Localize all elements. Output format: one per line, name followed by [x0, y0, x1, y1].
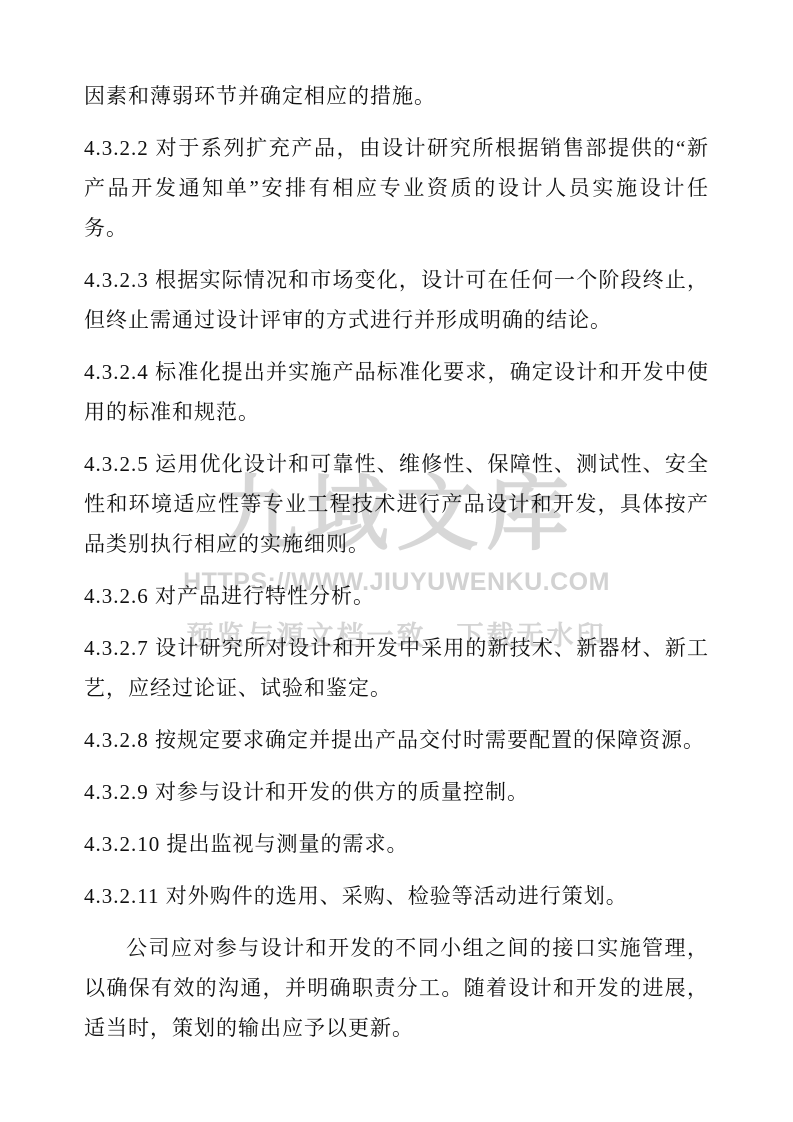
- paragraph-closing: 公司应对参与设计和开发的不同小组之间的接口实施管理，以确保有效的沟通，并明确职责…: [84, 928, 709, 1048]
- paragraph-4-3-2-7: 4.3.2.7 设计研究所对设计和开发中采用的新技术、新器材、新工艺，应经过论证…: [84, 628, 709, 708]
- paragraph-4-3-2-10: 4.3.2.10 提出监视与测量的需求。: [84, 824, 709, 864]
- paragraph-4-3-2-3: 4.3.2.3 根据实际情况和市场变化，设计可在任何一个阶段终止，但终止需通过设…: [84, 260, 709, 340]
- paragraph-4-3-2-4: 4.3.2.4 标准化提出并实施产品标准化要求，确定设计和开发中使用的标准和规范…: [84, 352, 709, 432]
- paragraph-4-3-2-8: 4.3.2.8 按规定要求确定并提出产品交付时需要配置的保障资源。: [84, 720, 709, 760]
- paragraph-4-3-2-9: 4.3.2.9 对参与设计和开发的供方的质量控制。: [84, 772, 709, 812]
- document-body: 因素和薄弱环节并确定相应的措施。 4.3.2.2 对于系列扩充产品，由设计研究所…: [84, 0, 709, 1060]
- paragraph-4-3-2-2: 4.3.2.2 对于系列扩充产品，由设计研究所根据销售部提供的“新产品开发通知单…: [84, 128, 709, 248]
- paragraph-continuation: 因素和薄弱环节并确定相应的措施。: [84, 76, 709, 116]
- paragraph-4-3-2-5: 4.3.2.5 运用优化设计和可靠性、维修性、保障性、测试性、安全性和环境适应性…: [84, 444, 709, 564]
- document-page: 九域文库 HTTPS://WWW.JIUYUWENKU.COM 预览与源文档一致…: [0, 0, 793, 1122]
- paragraph-4-3-2-11: 4.3.2.11 对外购件的选用、采购、检验等活动进行策划。: [84, 876, 709, 916]
- paragraph-4-3-2-6: 4.3.2.6 对产品进行特性分析。: [84, 576, 709, 616]
